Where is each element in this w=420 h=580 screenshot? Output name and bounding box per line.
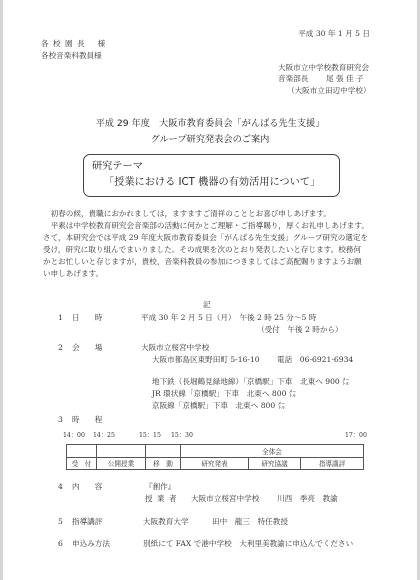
datetime-label: 日 時 — [72, 313, 102, 323]
venue-name: 大阪市立桜宮中学校 — [141, 343, 209, 353]
teacher-label: 授 業 者 — [145, 494, 178, 504]
schedule-table: 全体会 受 付 公開授業 移 動 研究発表 研究協議 指導講評 — [66, 444, 364, 470]
item-number: 5 — [58, 517, 63, 527]
body-line: さて，本研究会では平成 29 年度大阪市教育委員会「がんばる先生支援」グループ研… — [43, 232, 383, 244]
research-theme-label: 研究テーマ — [92, 160, 143, 173]
apply-method: 別紙にて FAX で港中学校 大利里美教諭に申込んでください — [143, 539, 353, 549]
document-title-line1: 平成 29 年度 大阪市教育委員会「がんばる先生支援」 — [3, 118, 417, 130]
table-cell: 指導講評 — [301, 457, 364, 470]
teacher-name: 川西 季亮 教諭 — [277, 494, 338, 504]
document-page: 平成 30 年 1 月 5 日 各 校 園 長 様 各校音楽科教員様 大阪市立中… — [3, 0, 417, 580]
access-keihan: 京阪線「京橋駅」下車 北東へ 800 ㍍ — [152, 401, 285, 411]
item-number: 3 — [58, 415, 63, 425]
table-cell: 研究発表 — [181, 457, 249, 470]
body-line: い申しあげます。 — [43, 268, 383, 280]
table-cell: 受 付 — [67, 457, 97, 470]
body-line: 平素は中学校教育研究会音楽部の活動に何かとご理解・ご指導賜り，厚くお礼申しあげま… — [43, 220, 383, 232]
access-subway: 地下鉄（長堀鶴見緑地線）「京橋駅」下車 北東へ 900 ㍍ — [152, 377, 350, 387]
table-cell: 研究協議 — [249, 457, 301, 470]
addressee-music-teachers: 各校音楽科教員様 — [41, 51, 102, 61]
time-tick: 15：15 — [139, 432, 161, 440]
table-cell: 公開授業 — [97, 457, 146, 470]
time-tick: 14：00 — [63, 432, 85, 440]
table-cell — [146, 445, 181, 458]
advisor-org: 大阪教育大学 — [143, 517, 189, 527]
item-number: 4 — [58, 482, 63, 492]
body-line: かとお忙しいと存じますが，貴校，音楽科教員の参加につきましてはご高配賜りますよう… — [43, 256, 383, 268]
table-cell — [67, 445, 97, 458]
document-title-line2: グループ研究発表会のご案内 — [3, 134, 417, 146]
reception-time-note: （受付 午後 2 時から） — [257, 325, 343, 335]
content-subject: 『創作』 — [145, 482, 175, 492]
sender-name: 音楽部長 尾 張 佳 子 — [278, 74, 364, 84]
venue-label: 会 場 — [72, 343, 102, 353]
research-theme-text: 「授業における ICT 機器の有効活用について」 — [104, 176, 320, 189]
advisor-label: 指導講評 — [72, 517, 102, 527]
schedule-label: 時 程 — [72, 415, 102, 425]
venue-phone: 電話 06-6921-6934 — [277, 355, 353, 365]
research-theme-box: 研究テーマ 「授業における ICT 機器の有効活用について」 — [83, 154, 340, 197]
item-number: 6 — [58, 539, 63, 549]
time-tick: 14：25 — [93, 432, 115, 440]
item-number: 1 — [58, 313, 63, 323]
addressee-principals: 各 校 園 長 様 — [41, 39, 106, 49]
body-line: 初春の候，貴職におかれましては，ますますご清祥のこととお喜び申しあげます。 — [43, 208, 383, 220]
access-jr: JR 環状線「京橋駅」下車 北東へ 800 ㍍ — [152, 389, 296, 399]
issue-date: 平成 30 年 1 月 5 日 — [298, 29, 370, 39]
ki-heading: 記 — [203, 300, 211, 310]
venue-address: 大阪市都島区東野田町 5-16-10 — [152, 355, 260, 365]
table-cell: 移 動 — [146, 457, 181, 470]
plenary-header-cell: 全体会 — [181, 445, 364, 458]
body-line: 受け，研究に取り組んでまいりました。その成果を次のとおり発表したいと存じます。校… — [43, 244, 383, 256]
apply-label: 申込み方法 — [72, 539, 110, 549]
item-number: 2 — [58, 343, 63, 353]
teacher-school: 大阪市立桜宮中学校 — [191, 494, 259, 504]
time-tick: 15：30 — [171, 432, 193, 440]
greeting-paragraph: 初春の候，貴職におかれましては，ますますご清祥のこととお喜び申しあげます。 平素… — [43, 208, 383, 281]
content-label: 内 容 — [72, 482, 102, 492]
time-tick: 17：00 — [345, 432, 367, 440]
table-row: 全体会 — [67, 445, 364, 458]
advisor-name: 田中 龍三 特任教授 — [212, 517, 288, 527]
sender-organization: 大阪市立中学校教育研究会 — [278, 63, 369, 73]
datetime-value: 平成 30 年 2 月 5 日（月） 午後 2 時 25 分〜5 時 — [141, 313, 316, 323]
table-cell — [97, 445, 146, 458]
table-row: 受 付 公開授業 移 動 研究発表 研究協議 指導講評 — [67, 457, 364, 470]
sender-school: （大阪市立田辺中学校） — [287, 86, 371, 96]
